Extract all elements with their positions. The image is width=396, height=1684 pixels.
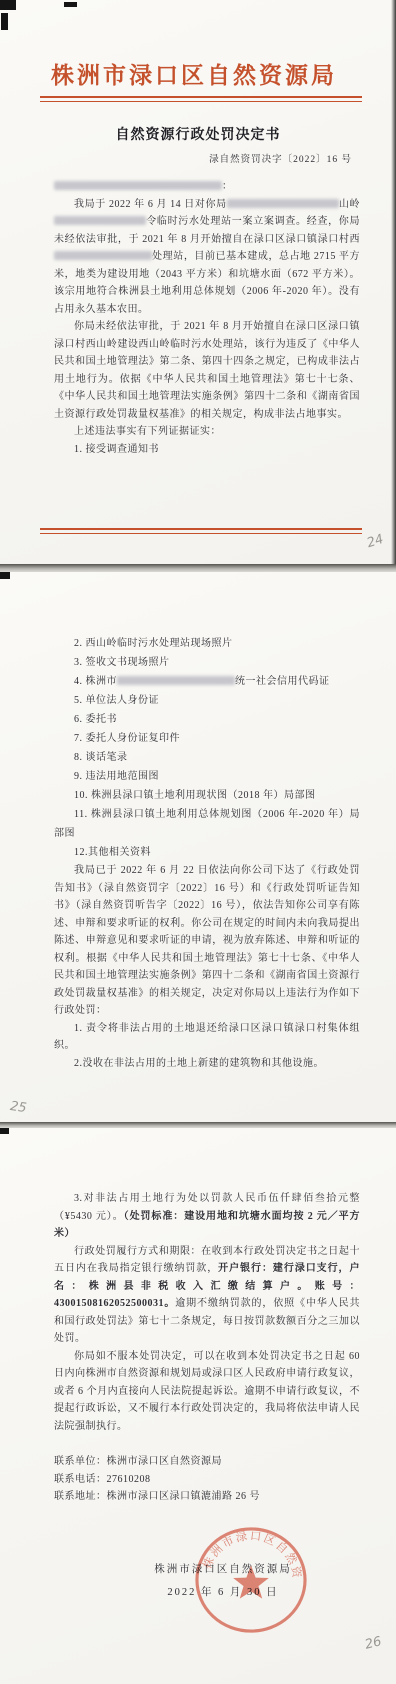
paragraph-text: 山岭: [339, 199, 360, 210]
evidence-item: 7. 委托人身份证复印件: [54, 729, 360, 748]
evidence-text: 统一社会信用代码证: [235, 676, 330, 687]
evidence-text: 4. 株洲市: [74, 676, 117, 687]
page1-body: ： 我局于 2022 年 6 月 14 日对你局山岭令临时污水处理站一案立案调查…: [54, 178, 360, 458]
evidence-item: 5. 单位法人身份证: [54, 691, 360, 710]
body-paragraph: 你局如不服本处罚决定，可以在收到本处罚决定书之日起 60 日内向株洲市自然资源和…: [54, 1348, 360, 1436]
contact-phone: 联系电话：27610208: [54, 1471, 360, 1489]
page-gap: [0, 564, 396, 572]
page3-body: 3.对非法占用土地行为处以罚款人民币伍仟肆佰叁拾元整（¥5430 元）。（处罚标…: [54, 1190, 360, 1506]
doc-title: 自然资源行政处罚决定书: [0, 124, 396, 144]
evidence-item: 3. 签收文书现场照片: [54, 653, 360, 672]
paragraph-text: 处理站，目前已基本建成，总占地 2715 平方米，地类为建设用地（2043 平方…: [54, 251, 360, 315]
scan-artifact: [0, 572, 10, 579]
evidence-item: 6. 委托书: [54, 710, 360, 729]
contact-unit: 联系单位：株洲市渌口区自然资源局: [54, 1453, 360, 1471]
redaction: [54, 251, 152, 260]
redaction: [54, 181, 222, 190]
paragraph-text: 我局于 2022 年 6 月 14 日对你局: [74, 199, 227, 210]
decision-item: 3.对非法占用土地行为处以罚款人民币伍仟肆佰叁拾元整（¥5430 元）。（处罚标…: [54, 1190, 360, 1243]
evidence-item: 1. 接受调查通知书: [54, 441, 360, 459]
scan-artifact: [0, 1128, 9, 1134]
evidence-item: 4. 株洲市统一社会信用代码证: [54, 672, 360, 691]
body-paragraph: 我局已于 2022 年 6 月 22 日依法向你公司下达了《行政处罚告知书》（渌…: [54, 862, 360, 1020]
doc-number: 渌自然资罚决字〔2022〕16 号: [209, 151, 352, 165]
evidence-item: 10. 株洲县渌口镇土地利用现状图（2018 年）局部图: [54, 786, 360, 805]
decision-item: 1. 责令将非法占用的土地退还给渌口区渌口镇渌口村集体组织。: [54, 1020, 360, 1055]
body-paragraph: 我局于 2022 年 6 月 14 日对你局山岭令临时污水处理站一案立案调查。经…: [54, 196, 360, 319]
scan-artifact: [0, 0, 16, 10]
scan-artifact: [64, 2, 77, 7]
redaction: [117, 676, 235, 685]
footer-rule: [40, 528, 362, 534]
page-number-handwritten: 25: [9, 1099, 27, 1116]
evidence-item: 9. 违法用地范围图: [54, 767, 360, 786]
contact-address: 联系地址：株洲市渌口区渌口镇漉浦路 26 号: [54, 1488, 360, 1506]
body-paragraph: 行政处罚履行方式和期限：在收到本行政处罚决定书之日起十五日内在我局指定银行缴纳罚…: [54, 1243, 360, 1348]
official-seal: 株洲市渌口区自然资源局: [192, 1524, 310, 1636]
body-paragraph: 上述违法事实有下列证据证实：: [54, 423, 360, 441]
header-rule: [40, 96, 362, 102]
page-number-handwritten: 24: [366, 532, 386, 551]
document-page-3: 3.对非法占用土地行为处以罚款人民币伍仟肆佰叁拾元整（¥5430 元）。（处罚标…: [0, 1128, 396, 1684]
page-number-handwritten: 26: [364, 1634, 384, 1653]
evidence-item: 11. 株洲县渌口镇土地利用总体规划图（2006 年-2020 年）局部图: [54, 805, 360, 843]
evidence-item: 2. 西山岭临时污水处理站现场照片: [54, 634, 360, 653]
seal-text: 株洲市渌口区自然资源局: [192, 1524, 305, 1581]
salutation-suffix: ：: [222, 181, 233, 192]
redaction: [227, 199, 339, 208]
agency-header: 株洲市渌口区自然资源局: [0, 57, 388, 90]
page2-body: 2. 西山岭临时污水处理站现场照片 3. 签收文书现场照片 4. 株洲市统一社会…: [54, 634, 360, 1072]
body-paragraph: 你局未经依法审批，于 2021 年 8 月开始擅自在渌口区渌口镇渌口村西山岭建设…: [54, 318, 360, 423]
scan-artifact: [1, 13, 8, 30]
scan-edge-shadow: [391, 0, 396, 564]
evidence-item: 12.其他相关资料: [54, 843, 360, 862]
salutation-line: ：: [54, 178, 360, 196]
evidence-item: 8. 谈话笔录: [54, 748, 360, 767]
decision-item: 2.没收在非法占用的土地上新建的建筑物和其他设施。: [54, 1055, 360, 1073]
document-page-1: 株洲市渌口区自然资源局 自然资源行政处罚决定书 渌自然资罚决字〔2022〕16 …: [0, 0, 396, 564]
svg-text:株洲市渌口区自然资源局: 株洲市渌口区自然资源局: [192, 1524, 305, 1581]
seal-star: [233, 1565, 269, 1598]
redaction: [54, 216, 146, 225]
document-page-2: 2. 西山岭临时污水处理站现场照片 3. 签收文书现场照片 4. 株洲市统一社会…: [0, 572, 396, 1122]
